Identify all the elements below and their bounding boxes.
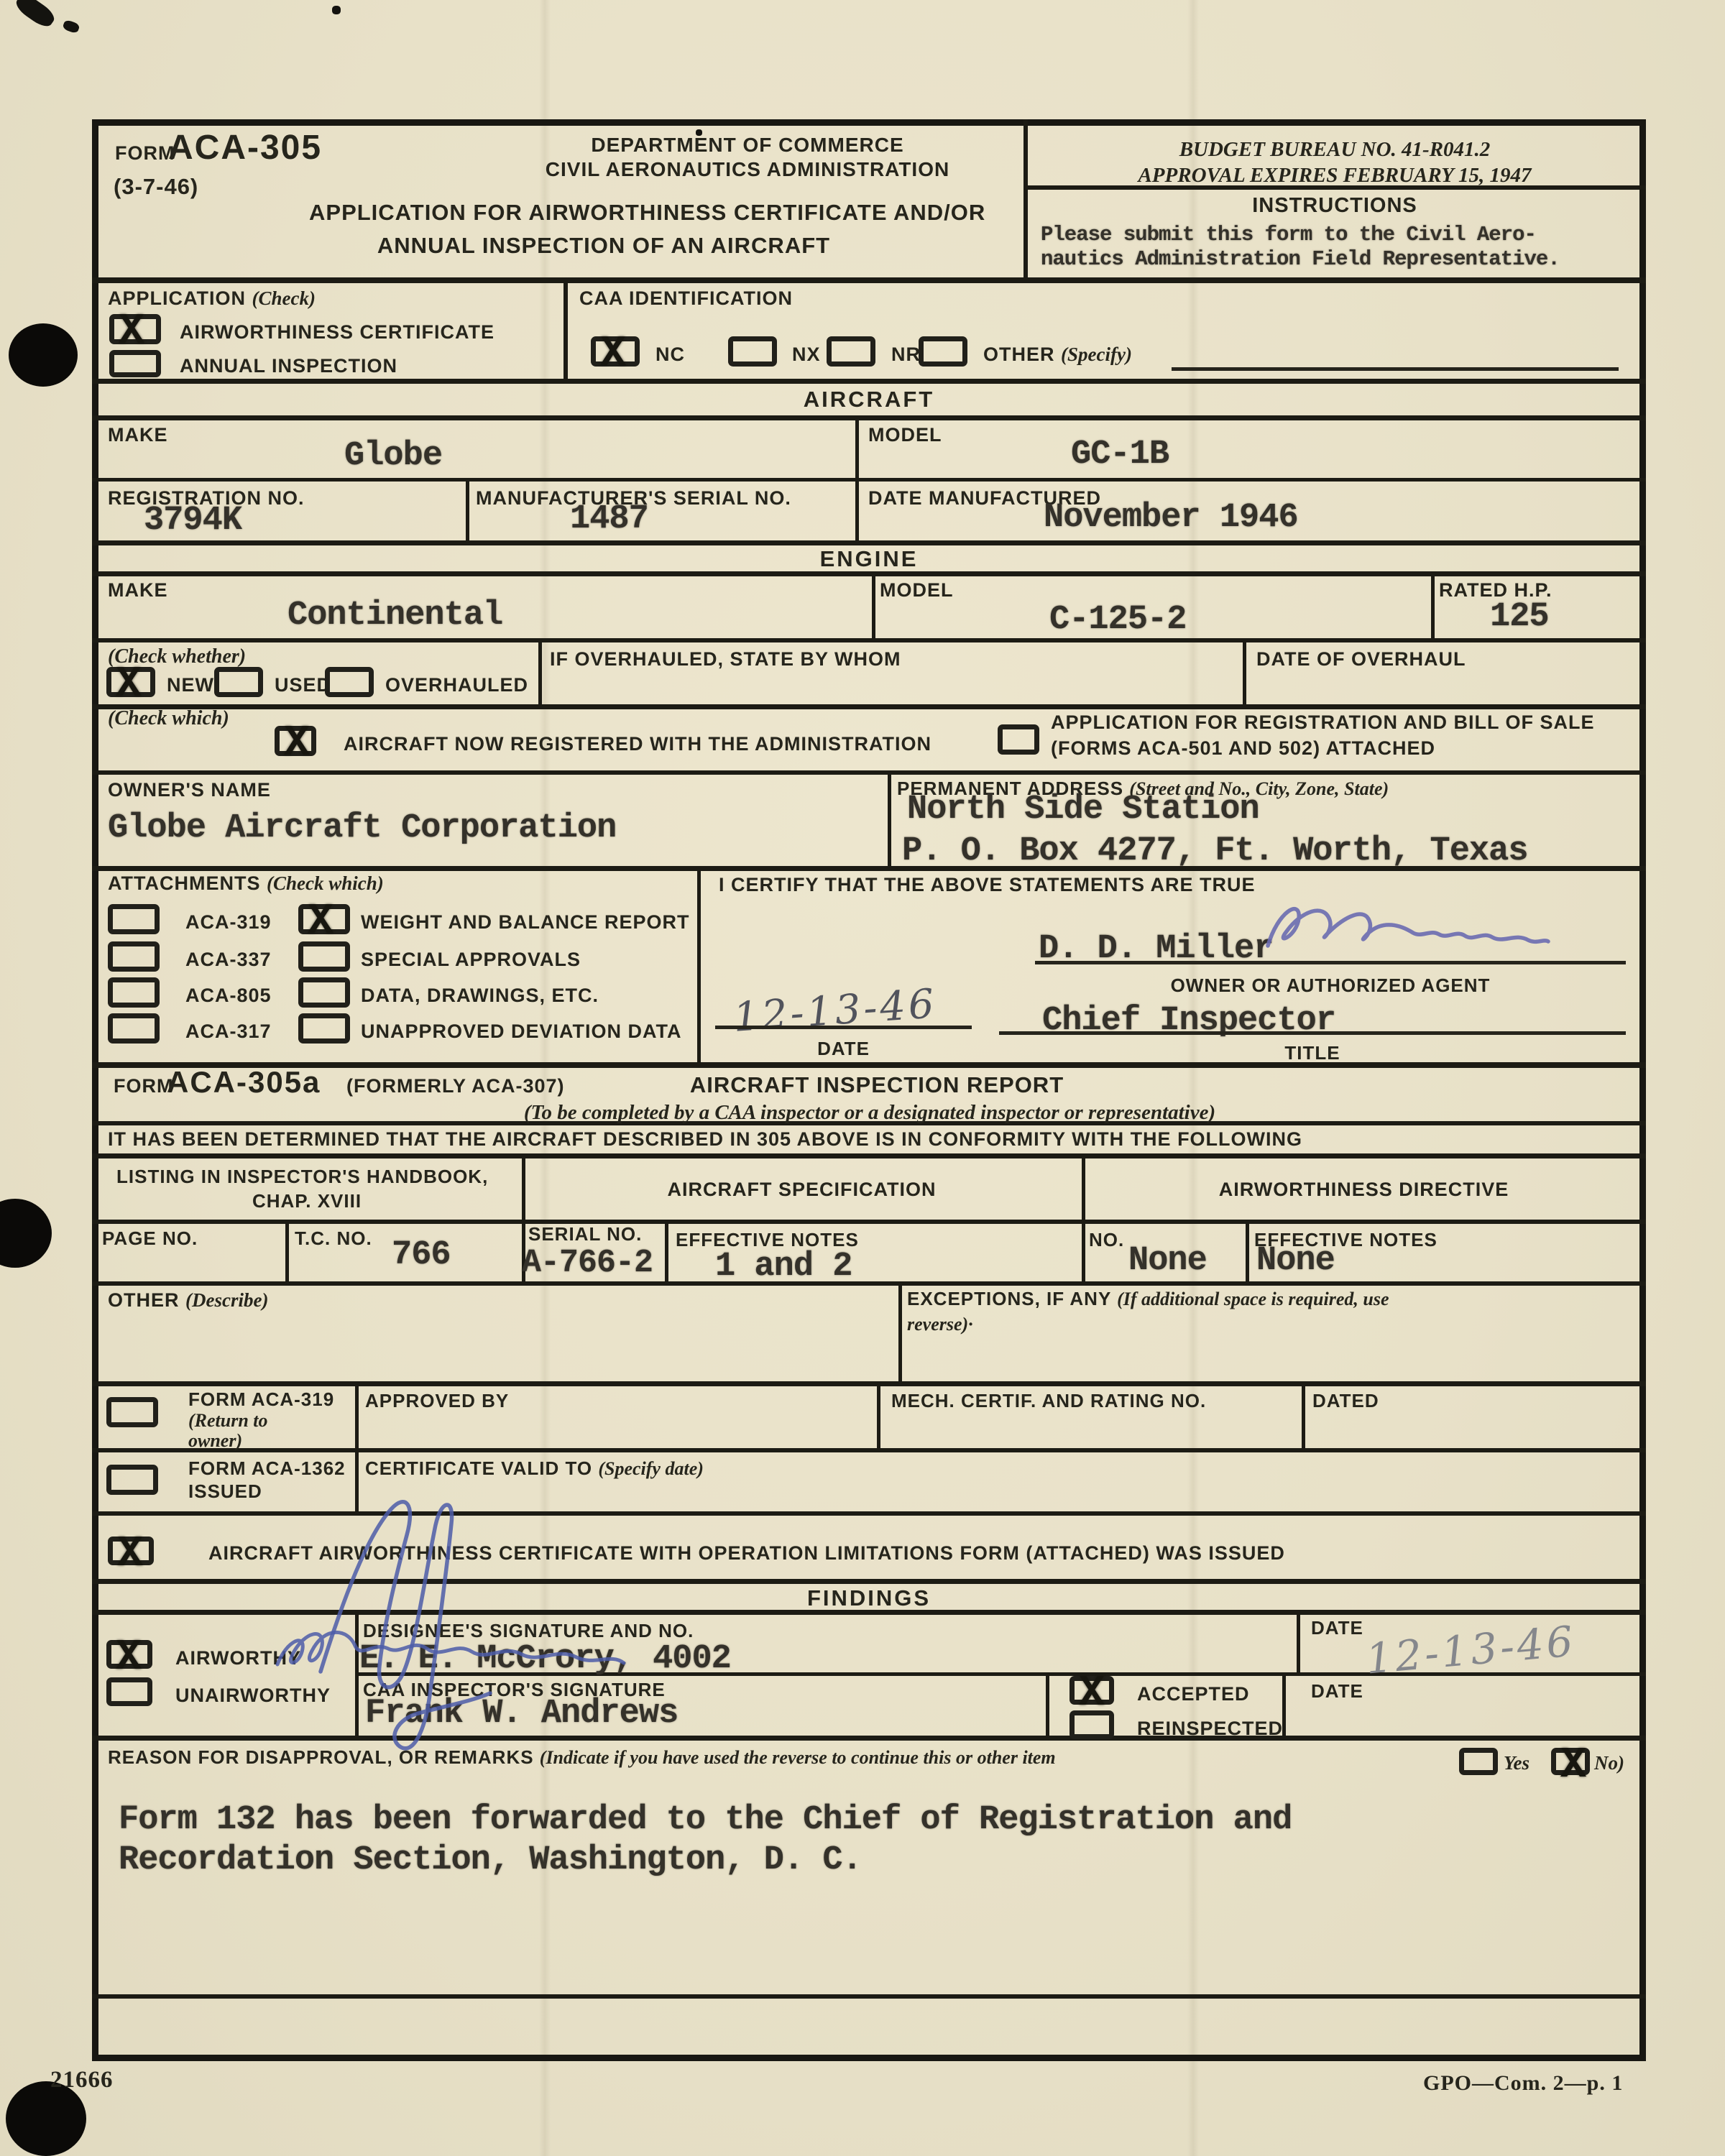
form-aca-319-note2: owner): [188, 1430, 242, 1452]
checkbox-special-approvals[interactable]: [298, 941, 350, 972]
label-aca-337: ACA-337: [185, 949, 272, 971]
ink-speck: [332, 6, 341, 14]
label-reinspected: REINSPECTED: [1137, 1718, 1283, 1740]
checkbox-other[interactable]: [919, 336, 967, 367]
dated-label: DATED: [1312, 1390, 1379, 1412]
dept-line2: CIVIL AERONAUTICS ADMINISTRATION: [503, 158, 992, 181]
remarks-body-line1: Form 132 has been forwarded to the Chief…: [119, 1801, 1292, 1839]
label-data-drawings: DATA, DRAWINGS, ETC.: [361, 985, 599, 1007]
ad-no-value: None: [1128, 1242, 1207, 1280]
exceptions-label-line2: reverse)·: [907, 1314, 973, 1335]
label-remarks-yes: Yes: [1504, 1752, 1529, 1774]
engine-make-value: Continental: [287, 596, 502, 635]
form-aca-1362-issued: ISSUED: [188, 1480, 262, 1503]
form-title-line2: ANNUAL INSPECTION OF AN AIRCRAFT: [309, 233, 898, 259]
aircraft-section-title: AIRCRAFT: [92, 387, 1646, 413]
checkbox-nx[interactable]: [728, 336, 777, 367]
certification-date-line: [715, 998, 972, 1029]
spec-header: AIRCRAFT SPECIFICATION: [522, 1179, 1082, 1201]
registration-no-value: 3794K: [144, 502, 241, 540]
listing-header-line2: CHAP. XVIII: [92, 1190, 522, 1212]
ad-notes-value: None: [1256, 1242, 1335, 1280]
label-nc: NC: [655, 344, 685, 366]
tc-no-label: T.C. NO.: [295, 1227, 372, 1250]
label-aca-319: ACA-319: [185, 911, 272, 934]
designee-date-label: DATE: [1311, 1617, 1363, 1639]
checkbox-aca-319[interactable]: [108, 904, 160, 934]
footer-print-number: 21666: [50, 2067, 114, 2093]
checkbox-unapproved-deviation[interactable]: [298, 1013, 350, 1044]
checkbox-engine-overhauled[interactable]: [325, 667, 374, 697]
inspection-report-subtitle: (To be completed by a CAA inspector or a…: [252, 1101, 1488, 1125]
listing-header-line1: LISTING IN INSPECTOR'S HANDBOOK,: [116, 1166, 488, 1188]
label-bill-of-sale-line2: (FORMS ACA-501 AND 502) ATTACHED: [1051, 737, 1435, 760]
inspector-date-label: DATE: [1311, 1680, 1363, 1703]
label-other: OTHER (Specify): [983, 344, 1132, 366]
spec-serial-value: A-766-2: [522, 1245, 653, 1281]
instructions-line2: nautics Administration Field Representat…: [1041, 247, 1560, 271]
engine-section-title: ENGINE: [92, 546, 1646, 572]
inspection-report-title: AIRCRAFT INSPECTION REPORT: [647, 1072, 1107, 1098]
checkbox-engine-used[interactable]: [214, 667, 263, 697]
scanned-form-page: FORM ACA-305 (3-7-46) DEPARTMENT OF COMM…: [0, 0, 1725, 2156]
checkbox-airworthy[interactable]: [106, 1640, 152, 1669]
label-special-approvals: SPECIAL APPROVALS: [361, 949, 581, 971]
rated-hp-value: 125: [1490, 598, 1549, 636]
checkbox-nc[interactable]: [591, 336, 640, 367]
label-nx: NX: [792, 344, 821, 366]
checkbox-remarks-no[interactable]: [1551, 1748, 1590, 1775]
dept-line1: DEPARTMENT OF COMMERCE: [503, 134, 992, 157]
checkbox-aca-805[interactable]: [108, 977, 160, 1008]
owner-name-value: Globe Aircraft Corporation: [108, 809, 616, 847]
checkbox-nr[interactable]: [827, 336, 875, 367]
address-line2: P. O. Box 4277, Ft. Worth, Texas: [902, 832, 1528, 870]
designee-signature-label: DESIGNEE'S SIGNATURE AND NO.: [363, 1620, 694, 1642]
engine-model-value: C-125-2: [1049, 601, 1186, 639]
exceptions-label-line1: EXCEPTIONS, IF ANY (If additional space …: [907, 1288, 1389, 1310]
title-line: [999, 1003, 1626, 1035]
checkbox-data-drawings[interactable]: [298, 977, 350, 1008]
label-registered: AIRCRAFT NOW REGISTERED WITH THE ADMINIS…: [344, 733, 931, 755]
tc-no-value: 766: [392, 1236, 451, 1274]
label-engine-new: NEW: [167, 674, 214, 696]
checkbox-form-aca-319[interactable]: [106, 1397, 158, 1427]
address-line1: North Side Station: [907, 791, 1259, 829]
remarks-label: REASON FOR DISAPPROVAL, OR REMARKS (Indi…: [108, 1746, 1056, 1769]
aircraft-model-value: GC-1B: [1071, 436, 1169, 474]
owner-signature-line: [1035, 933, 1626, 964]
label-nr: NR: [891, 344, 921, 366]
label-remarks-no: No): [1594, 1752, 1624, 1774]
label-airworthiness-certificate: AIRWORTHINESS CERTIFICATE: [180, 321, 494, 344]
form-aca-319-label: FORM ACA-319: [188, 1388, 334, 1411]
305a-form-number: ACA-305a: [167, 1065, 321, 1100]
remarks-body-line2: Recordation Section, Washington, D. C.: [119, 1841, 862, 1879]
checkbox-engine-new[interactable]: [106, 667, 155, 697]
aircraft-make-value: Globe: [344, 437, 442, 475]
checkbox-aca-317[interactable]: [108, 1013, 160, 1044]
form-title-line1: APPLICATION FOR AIRWORTHINESS CERTIFICAT…: [309, 200, 898, 226]
checkbox-certificate-issued[interactable]: [108, 1537, 154, 1565]
mech-certif-label: MECH. CERTIF. AND RATING NO.: [891, 1390, 1206, 1412]
mfr-serial-value: 1487: [570, 500, 648, 538]
determination-statement: IT HAS BEEN DETERMINED THAT THE AIRCRAFT…: [108, 1128, 1302, 1151]
checkbox-weight-balance[interactable]: [298, 904, 350, 934]
engine-make-label: MAKE: [108, 579, 168, 602]
overhaul-date-label: DATE OF OVERHAUL: [1256, 648, 1466, 671]
budget-bureau-line2: APPROVAL EXPIRES FEBRUARY 15, 1947: [1029, 164, 1640, 188]
certify-statement: I CERTIFY THAT THE ABOVE STATEMENTS ARE …: [719, 874, 1256, 896]
certificate-issued-statement: AIRCRAFT AIRWORTHINESS CERTIFICATE WITH …: [208, 1542, 1285, 1565]
ink-mark: [62, 19, 80, 34]
label-airworthy: AIRWORTHY: [175, 1647, 301, 1669]
label-aca-317: ACA-317: [185, 1021, 272, 1043]
305a-formerly: (FORMERLY ACA-307): [346, 1075, 565, 1097]
other-describe-label: OTHER (Describe): [108, 1289, 268, 1312]
punch-hole: [0, 1199, 52, 1268]
label-engine-overhauled: OVERHAULED: [385, 674, 528, 696]
check-which-note: (Check which): [108, 707, 229, 730]
form-revision: (3-7-46): [114, 174, 198, 200]
form-number: ACA-305: [168, 128, 322, 167]
application-label: APPLICATION (Check): [108, 287, 316, 310]
certification-date-caption: DATE: [715, 1038, 972, 1060]
checkbox-reinspected[interactable]: [1069, 1710, 1114, 1739]
form-aca-319-note1: (Return to: [188, 1410, 268, 1432]
instructions-line1: Please submit this form to the Civil Aer…: [1041, 223, 1536, 247]
checkbox-form-aca-1362[interactable]: [106, 1465, 158, 1495]
designee-signature-typed: E. E. McCrory, 4002: [359, 1640, 731, 1678]
ad-no-label: NO.: [1089, 1229, 1124, 1251]
checkbox-registered[interactable]: [275, 726, 316, 756]
305a-form-word: FORM: [114, 1075, 173, 1097]
aircraft-make-label: MAKE: [108, 424, 168, 446]
checkbox-unairworthy[interactable]: [106, 1677, 152, 1706]
label-unapproved-deviation: UNAPPROVED DEVIATION DATA: [361, 1021, 682, 1043]
spec-notes-value: 1 and 2: [715, 1248, 852, 1286]
directive-header: AIRWORTHINESS DIRECTIVE: [1082, 1179, 1646, 1201]
attachments-label: ATTACHMENTS (Check which): [108, 872, 384, 895]
label-bill-of-sale-line1: APPLICATION FOR REGISTRATION AND BILL OF…: [1051, 711, 1595, 734]
label-engine-used: USED: [275, 674, 331, 696]
aircraft-model-label: MODEL: [868, 424, 942, 446]
instructions-title: INSTRUCTIONS: [1029, 194, 1640, 218]
checkbox-airworthiness-certificate[interactable]: [109, 314, 161, 344]
label-unairworthy: UNAIRWORTHY: [175, 1685, 331, 1707]
checkbox-aca-337[interactable]: [108, 941, 160, 972]
form-aca-1362-label: FORM ACA-1362: [188, 1457, 346, 1480]
spec-serial-label: SERIAL NO.: [528, 1223, 642, 1245]
owner-name-label: OWNER'S NAME: [108, 779, 271, 801]
label-annual-inspection: ANNUAL INSPECTION: [180, 355, 397, 377]
checkbox-remarks-yes[interactable]: [1459, 1748, 1498, 1775]
punch-hole: [9, 323, 78, 387]
approved-by-label: APPROVED BY: [365, 1390, 509, 1412]
checkbox-bill-of-sale[interactable]: [998, 724, 1039, 755]
footer-gpo: GPO—Com. 2—p. 1: [1423, 2071, 1623, 2096]
label-accepted: ACCEPTED: [1137, 1683, 1250, 1705]
label-aca-805: ACA-805: [185, 985, 272, 1007]
overhauled-by-label: IF OVERHAULED, STATE BY WHOM: [550, 648, 901, 671]
checkbox-annual-inspection[interactable]: [109, 350, 161, 377]
caa-identification-label: CAA IDENTIFICATION: [579, 287, 793, 310]
label-weight-balance: WEIGHT AND BALANCE REPORT: [361, 911, 690, 934]
findings-section-title: FINDINGS: [92, 1585, 1646, 1611]
engine-model-label: MODEL: [880, 579, 954, 602]
owner-signature-caption: OWNER OR AUTHORIZED AGENT: [1035, 975, 1626, 997]
ink-mark: [13, 0, 57, 30]
date-manufactured-value: November 1946: [1044, 499, 1298, 537]
caa-inspector-signature-typed: Frank W. Andrews: [365, 1695, 678, 1733]
form-word: FORM: [115, 142, 175, 165]
title-caption: TITLE: [999, 1042, 1626, 1064]
other-specify-line[interactable]: [1172, 339, 1619, 371]
certificate-valid-to-label: CERTIFICATE VALID TO (Specify date): [365, 1457, 704, 1480]
page-no-label: PAGE NO.: [102, 1227, 198, 1250]
checkbox-accepted[interactable]: [1069, 1676, 1114, 1705]
budget-bureau-line1: BUDGET BUREAU NO. 41-R041.2: [1029, 138, 1640, 162]
